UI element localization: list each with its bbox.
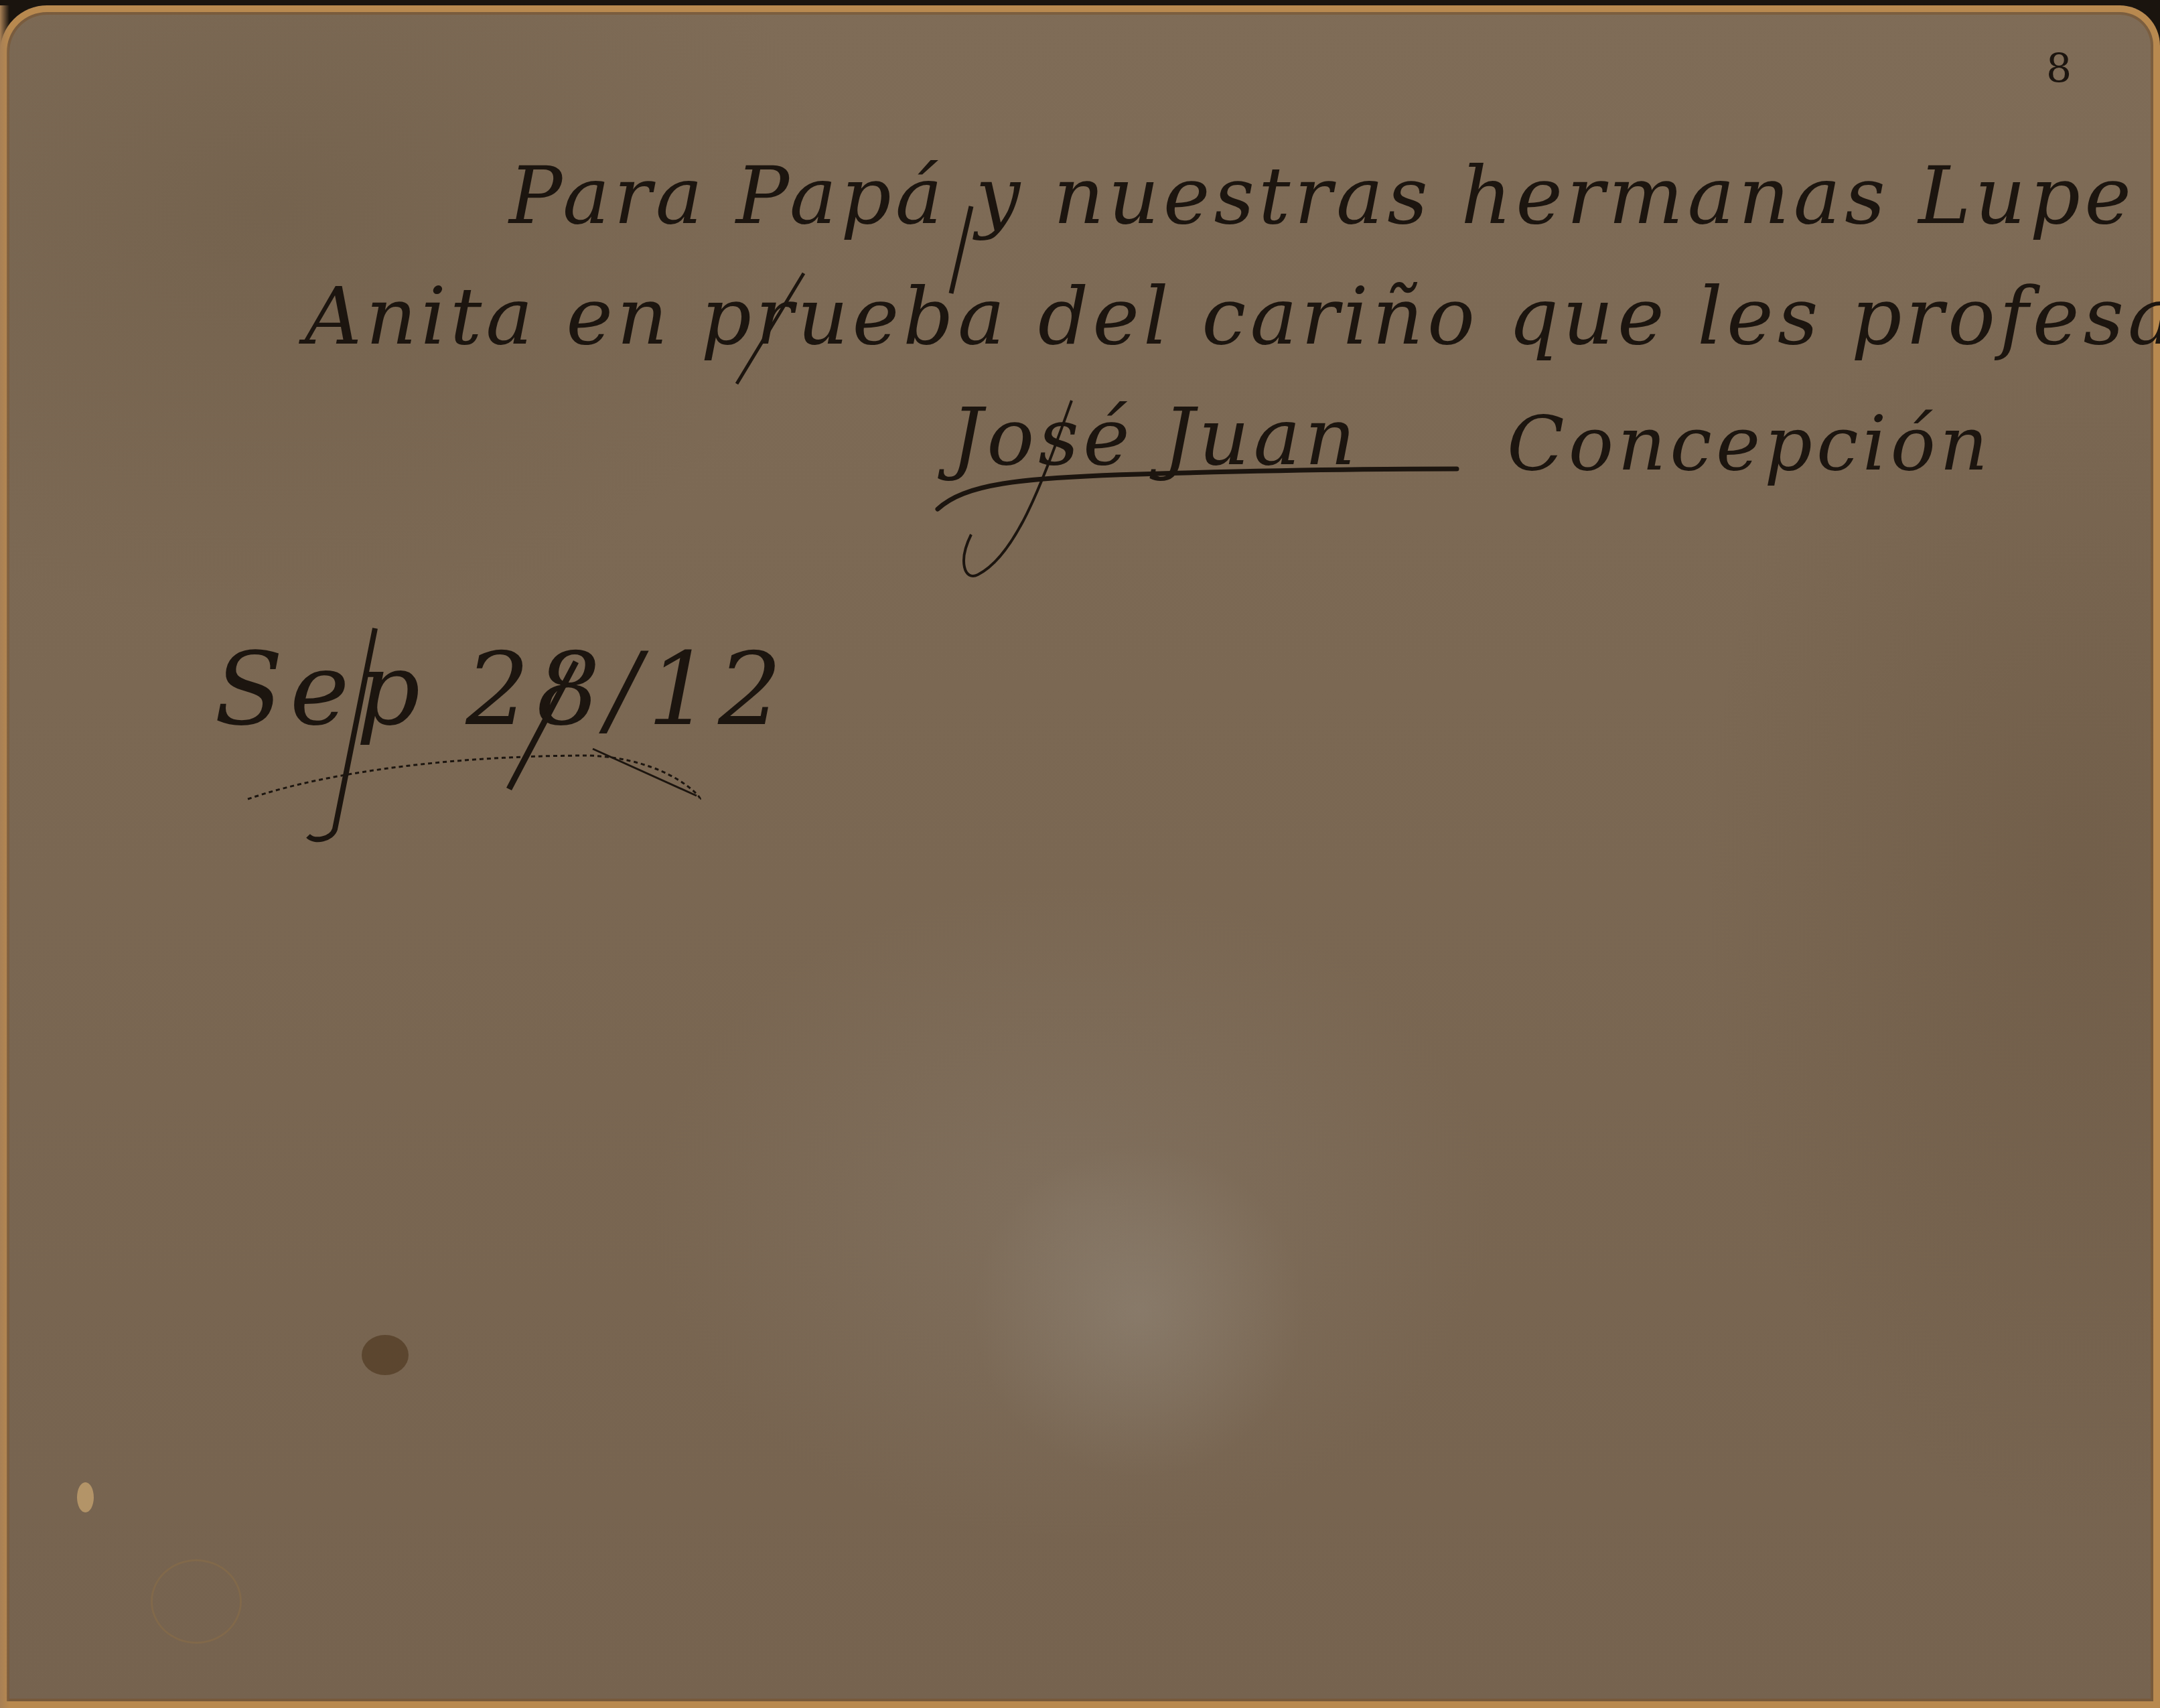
signature-concepcion: Concepción — [1507, 401, 1992, 488]
card-worn-edge — [0, 5, 9, 1708]
page-number: 8 — [2046, 46, 2072, 92]
faded-mark — [971, 1144, 1306, 1479]
date-tail — [593, 749, 697, 796]
stain-spot — [362, 1335, 409, 1375]
signature-jose-juan: José Juan — [951, 390, 1360, 483]
stain-ring — [151, 1559, 242, 1644]
cabinet-card-back: 8 Para Papá y nuestras hermanas Lupe y A… — [0, 5, 2160, 1708]
stain-spot — [77, 1482, 94, 1512]
inscription-line-2: Anita en prueba del cariño que les profe… — [305, 270, 2160, 362]
date-underline-flourish — [248, 756, 700, 799]
inscription-line-1: Para Papá y nuestras hermanas Lupe y — [509, 149, 2160, 242]
inscription-date: Sep 28/12 — [214, 632, 789, 748]
